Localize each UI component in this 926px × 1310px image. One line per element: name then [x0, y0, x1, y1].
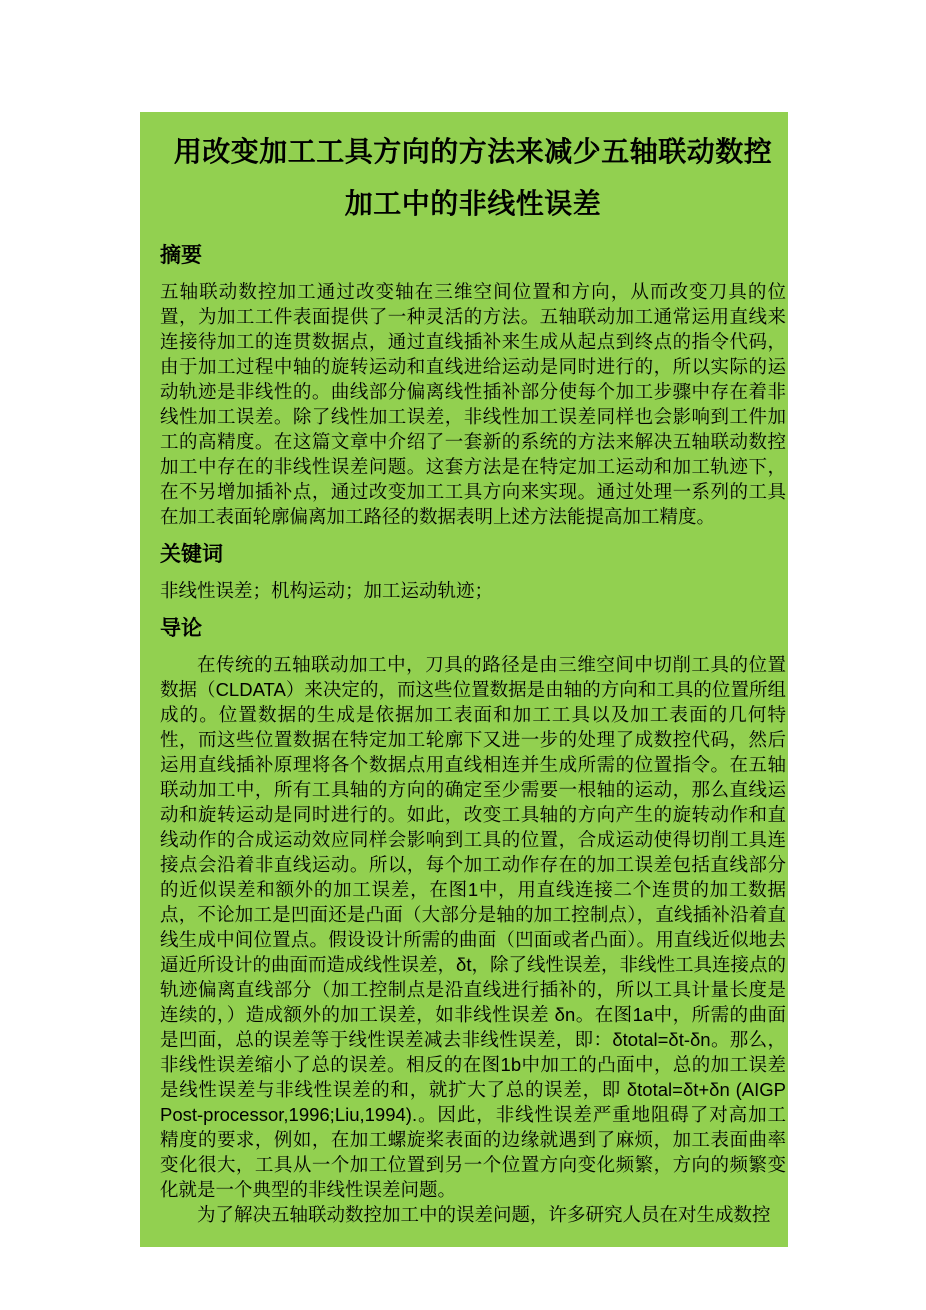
introduction-paragraph-1: 在传统的五轴联动加工中，刀具的路径是由三维空间中切削工具的位置数据（CLDATA…: [160, 652, 786, 1202]
introduction-heading: 导论: [160, 615, 786, 643]
introduction-paragraph-2: 为了解决五轴联动数控加工中的误差问题，许多研究人员在对生成数控: [160, 1202, 786, 1227]
document-title: 用改变加工工具方向的方法来减少五轴联动数控加工中的非线性误差: [160, 126, 786, 230]
keywords-heading: 关键词: [160, 541, 786, 569]
abstract-heading: 摘要: [160, 242, 786, 270]
keywords-text: 非线性误差；机构运动；加工运动轨迹；: [160, 578, 786, 603]
abstract-paragraph: 五轴联动数控加工通过改变轴在三维空间位置和方向，从而改变刀具的位置，为加工工件表…: [160, 279, 786, 529]
document-canvas: { "document": { "title": "用改变加工工具方向的方法来减…: [0, 0, 926, 1310]
document-page: 用改变加工工具方向的方法来减少五轴联动数控加工中的非线性误差 摘要 五轴联动数控…: [140, 112, 788, 1247]
